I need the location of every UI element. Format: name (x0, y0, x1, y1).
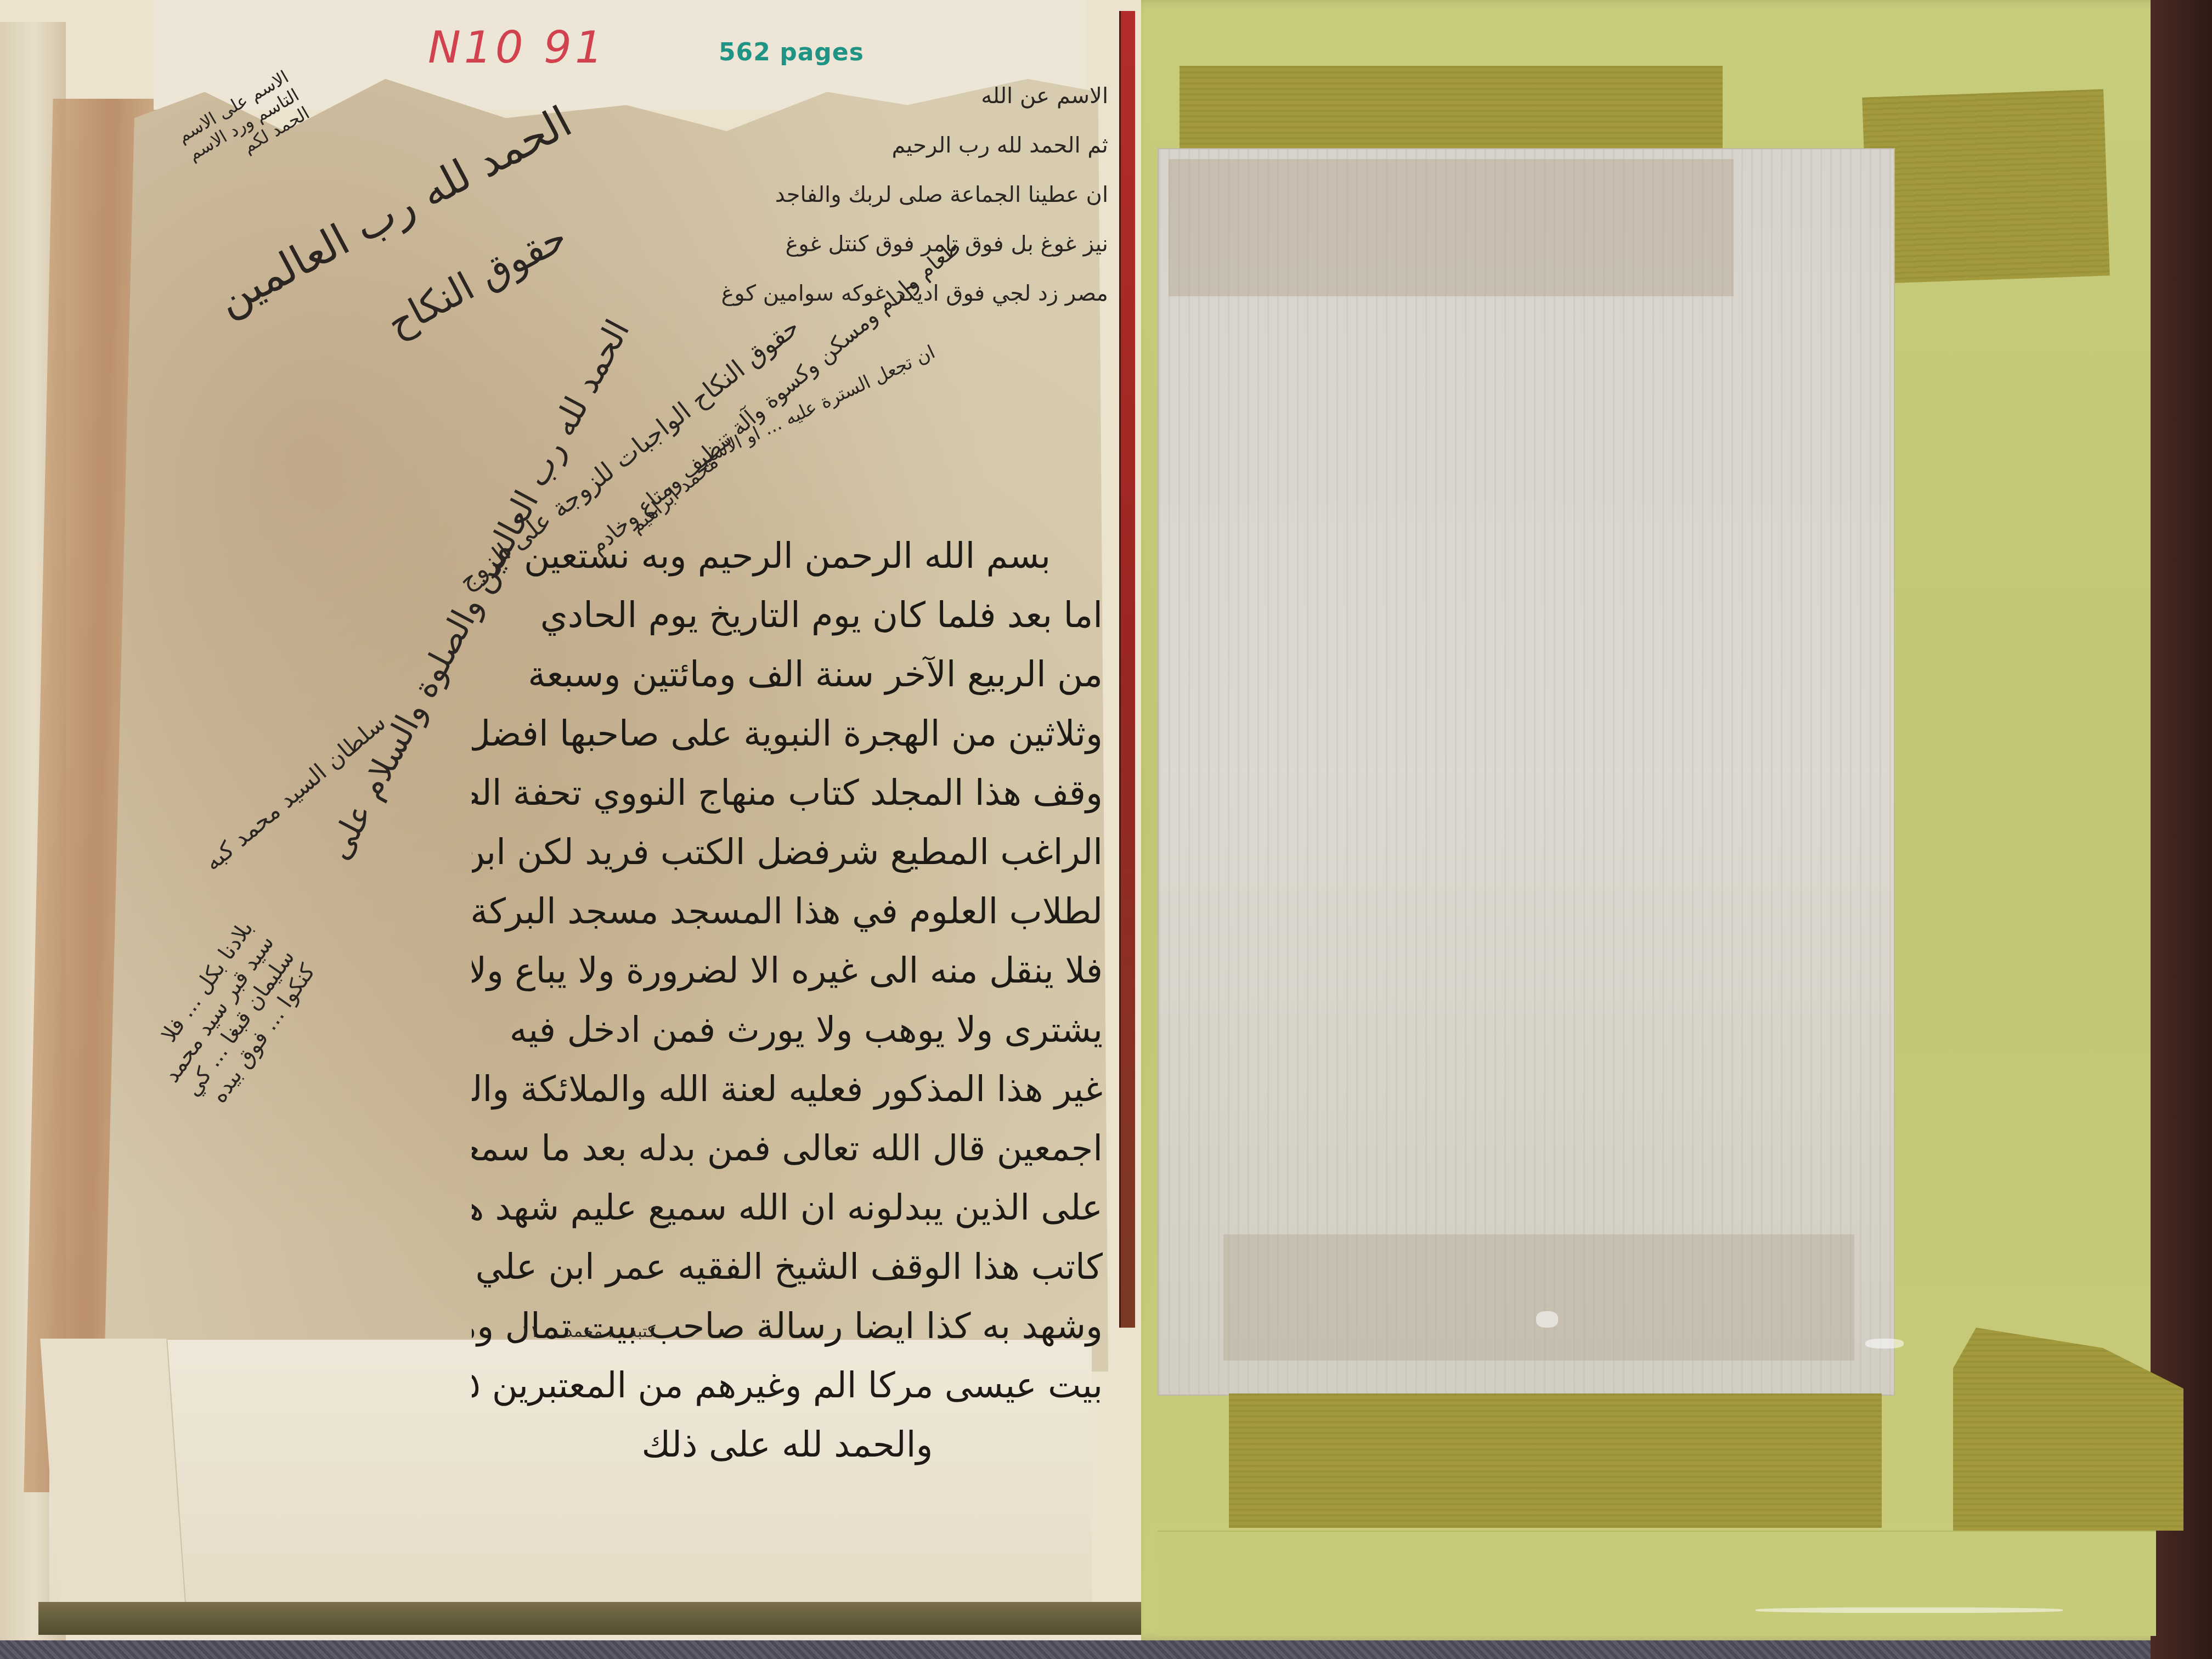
text-line: وقف هذا المجلد كتاب منهاج النووي تحفة ال… (472, 764, 1103, 823)
red-spine-binding (1119, 11, 1135, 1328)
text-line: اما بعد فلما كان يوم التاريخ يوم الحادي (472, 586, 1103, 645)
text-line: بيت عيسى مركا الم وغيرهم من المعتبرين ٥ (472, 1356, 1103, 1415)
tissue-tape-patch-bottom (1223, 1234, 1854, 1361)
basmala: بسم الله الرحمن الرحيم وبه نستعين (472, 527, 1103, 586)
marginal-line: ان عطينا الجماعة صلى لربك والفاجد (713, 170, 1108, 219)
text-line: على الذين يبدلونه ان الله سميع عليم شهد … (472, 1178, 1103, 1238)
page-count-annotation: 562 pages (719, 38, 864, 66)
tissue-tape-patch-top (1169, 159, 1734, 296)
shelfmark-annotation: N10 91 (428, 22, 606, 73)
bottom-signature: كتبه ... محمد ... ١١ (521, 1322, 656, 1341)
marginal-line: ثم الحمد لله رب الرحيم (713, 121, 1108, 170)
text-line: وثلاثين من الهجرة النبوية على صاحبها افض… (472, 704, 1103, 764)
marginal-line: نيز غوغ بل فوق تامر فوق كنتل غوغ (713, 219, 1108, 269)
text-line: غير هذا المذكور فعليه لعنة الله والملائك… (472, 1060, 1103, 1119)
tissue-guard-sheet (1158, 148, 1895, 1396)
tape-strip-top-right (1862, 89, 2110, 284)
cover-bottom-turn-in (1158, 1531, 2156, 1636)
text-line: لطلاب العلوم في هذا المسجد مسجد البركة ا… (472, 882, 1103, 941)
text-line: فلا ينقل منه الى غيره الا لضرورة ولا يبا… (472, 941, 1103, 1001)
tape-strip-bottom-left (1229, 1393, 1882, 1528)
repair-fold (40, 1339, 186, 1602)
text-line: من الربيع الآخر سنة الف ومائتين وسبعة (472, 645, 1103, 704)
binding-bottom-edge (38, 1602, 1163, 1635)
tape-glare (1865, 1339, 1904, 1348)
text-line: كاتب هذا الوقف الشيخ الفقيه عمر ابن علي … (472, 1238, 1103, 1297)
marginal-line: الاسم عن الله (713, 71, 1108, 121)
text-line: الراغب المطيع شرفضل الكتب فريد لكن ابن ف… (472, 823, 1103, 882)
tape-glare (1756, 1607, 2063, 1613)
text-line: يشترى ولا يوهب ولا يورث فمن ادخل فيه (472, 1001, 1103, 1060)
text-line: اجمعين قال الله تعالى فمن بدله بعد ما سم… (472, 1119, 1103, 1178)
tape-glare (1536, 1311, 1558, 1328)
closing-line: والحمد لله على ذلك (472, 1415, 1103, 1475)
